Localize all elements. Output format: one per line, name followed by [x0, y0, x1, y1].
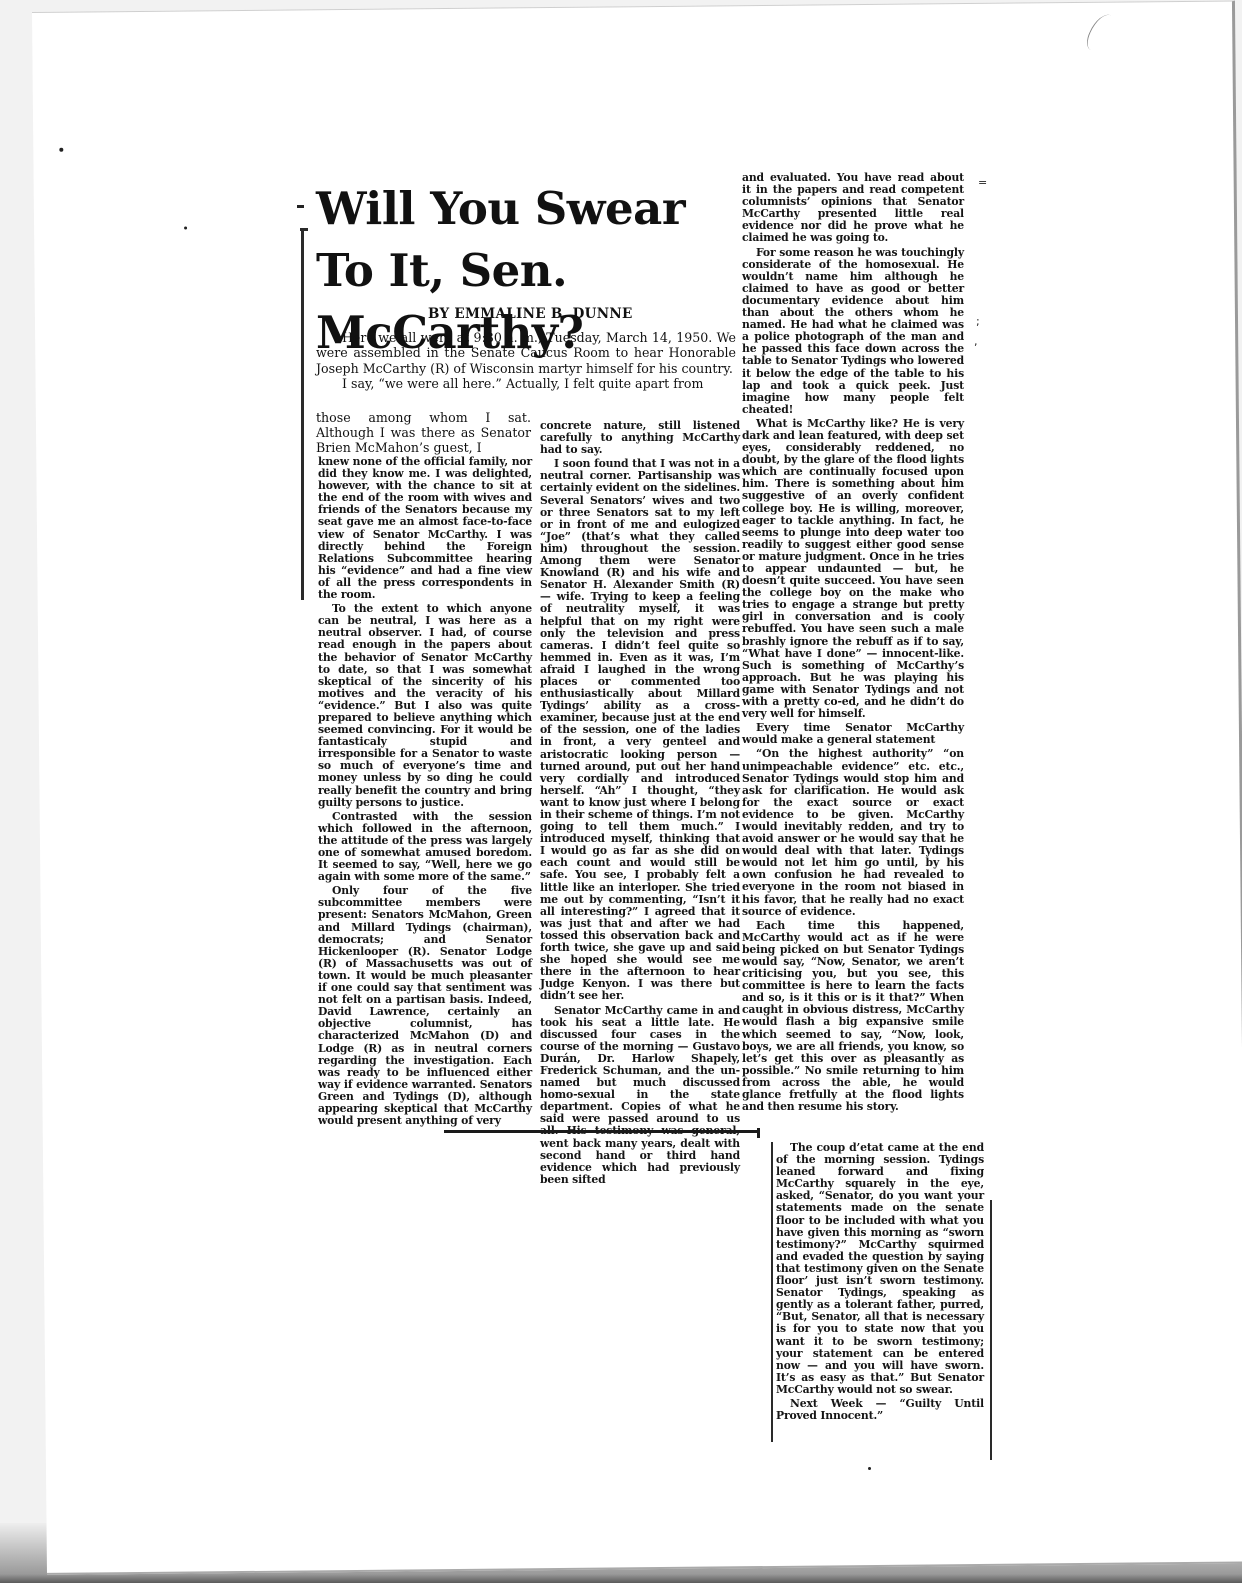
article-paragraph: Every time Senator McCarthy would make a… [742, 722, 964, 746]
article-paragraph: “On the highest authority” “on unimpeach… [742, 748, 964, 917]
article-paragraph: I soon found that I was not in a neutral… [540, 458, 740, 1002]
article-paragraph: concrete nature, still listened carefull… [540, 420, 740, 456]
pencil-mark [1083, 10, 1119, 55]
dust-speck [59, 148, 63, 152]
jump-rule-tick [757, 1128, 760, 1138]
article-paragraph: For some reason he was touchingly consid… [742, 247, 964, 416]
article-paragraph: To the extent to which anyone can be neu… [318, 603, 532, 809]
article-paragraph: and evaluated. You have read about it in… [742, 172, 964, 245]
article-paragraph: What is McCarthy like? He is very dark a… [742, 418, 964, 720]
article-paragraph: Only four of the five subcommittee membe… [318, 885, 532, 1127]
margin-mark: , [974, 335, 978, 348]
column-1-lead-text: those among whom I sat. Although I was t… [316, 410, 531, 456]
column-rule [301, 230, 304, 600]
margin-dash [297, 205, 304, 208]
column-3-continued: The coup d’etat came at the end of the m… [776, 1142, 984, 1424]
column-2: concrete nature, still listened carefull… [540, 420, 740, 1188]
lede-paragraph: I say, “we were all here.” Actually, I f… [316, 376, 736, 391]
lede-paragraph: Here we all were at 9:30 a. m., Tuesday,… [316, 330, 736, 376]
article-paragraph: The coup d’etat came at the end of the m… [776, 1142, 984, 1396]
article-paragraph: knew none of the official family, nor di… [318, 456, 532, 601]
margin-mark: ; [976, 315, 980, 328]
margin-mark: = [978, 176, 987, 189]
dust-speck [184, 227, 187, 230]
column-rule [990, 1200, 992, 1460]
article-paragraph: Next Week — “Guilty Until Proved Innocen… [776, 1398, 984, 1422]
dust-speck [868, 1467, 871, 1470]
article-paragraph: Senator McCarthy came in and took his se… [540, 1005, 740, 1186]
column-1-lead: those among whom I sat. Although I was t… [316, 410, 531, 456]
column-rule [771, 1142, 773, 1442]
article-paragraph: Each time this happened, McCarthy would … [742, 920, 964, 1114]
article-lede: Here we all were at 9:30 a. m., Tuesday,… [316, 330, 736, 392]
article-paragraph: Contrasted with the session which follow… [318, 811, 532, 884]
article-byline: BY EMMALINE B. DUNNE [428, 306, 728, 322]
column-1: knew none of the official family, nor di… [318, 456, 532, 1129]
jump-rule [444, 1130, 760, 1133]
column-3: and evaluated. You have read about it in… [742, 172, 964, 1115]
